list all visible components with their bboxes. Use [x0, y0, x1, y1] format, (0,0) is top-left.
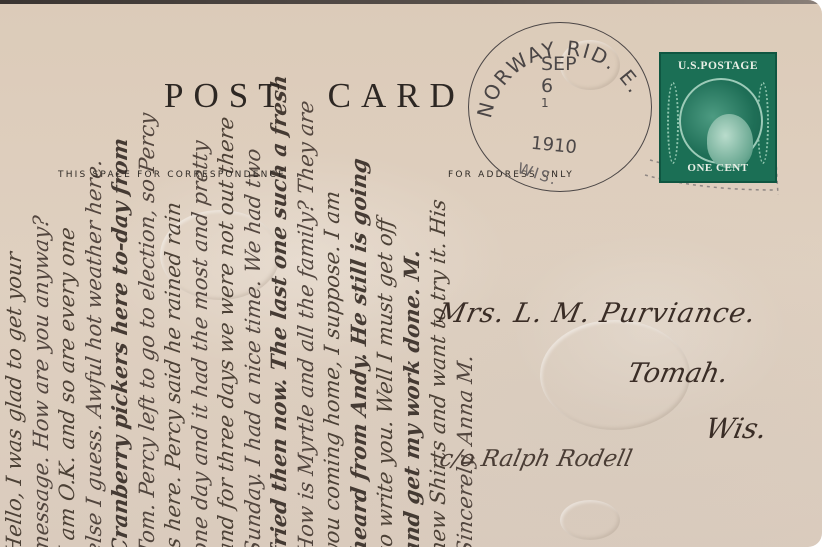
letter-line: Cranberry pickers here to-day from [107, 0, 134, 547]
postmark: NORWAY RID. E. SEP 6 1 1910 WIS. [468, 22, 652, 192]
stamp-bottom-text: ONE CENT [667, 161, 769, 176]
letter-line: else I guess. Awful hot weather here. [81, 0, 108, 547]
franklin-portrait-icon [707, 114, 753, 168]
postmark-hour: 1 [541, 97, 601, 109]
postmark-month: SEP [541, 53, 601, 75]
letter-line: Hello, I was glad to get your [1, 0, 28, 547]
correspondence-label: THIS SPACE FOR CORRESPONDENCE [58, 170, 286, 180]
letter-line: message. How are you anyway? [28, 0, 55, 547]
care-of-line: c/o Ralph Rodell [437, 446, 634, 472]
postcard-title: POSTCARD [164, 76, 465, 116]
embossed-flower-decoration [560, 500, 620, 540]
stamp-portrait-frame [679, 78, 763, 164]
recipient-name: Mrs. L. M. Purviance. [435, 298, 760, 329]
stamp-top-text: U.S.POSTAGE [667, 59, 769, 74]
postmark-date: SEP 6 1 [541, 53, 601, 109]
laurel-left-icon [667, 82, 679, 164]
letter-line: I am O.K. and so are every one [54, 0, 81, 547]
postcard: Hello, I was glad to get your message. H… [0, 0, 822, 547]
letter-line: Tom. Percy left to go to election, so Pe… [134, 0, 161, 547]
postage-stamp: U.S.POSTAGE ONE CENT [659, 52, 777, 183]
postmark-day: 6 [541, 75, 601, 97]
title-card: CARD [328, 76, 465, 115]
recipient-state: Wis. [702, 412, 770, 445]
title-post: POST [164, 76, 290, 115]
recipient-city: Tomah. [625, 358, 731, 389]
